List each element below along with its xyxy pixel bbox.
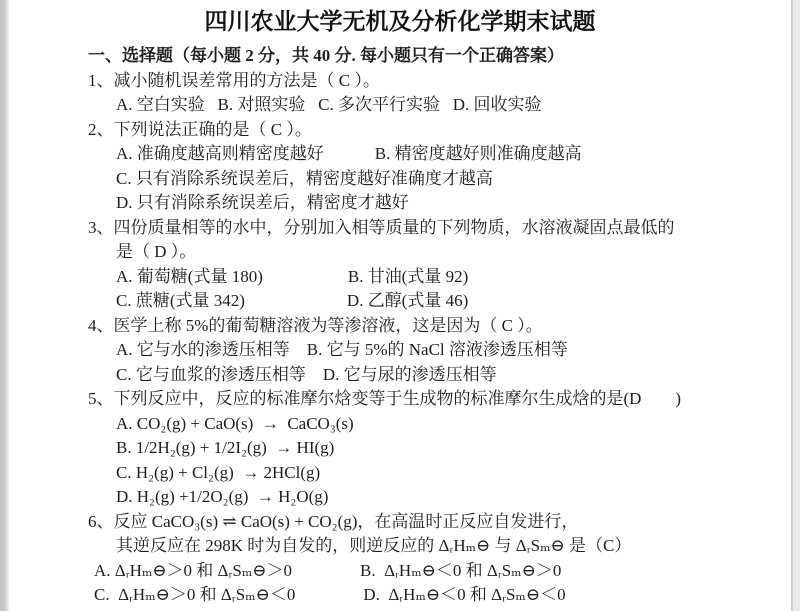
question-line: 6、反应 CaCO₃(s) ⇌ CaO(s) + CO₂(g)，在高温时正反应自… (0, 510, 788, 535)
option-line: C. 只有消除系统误差后，精密度越好准确度才越高 (0, 167, 788, 192)
exam-body: 一、选择题（每小题 2 分，共 40 分. 每小题只有一个正确答案）1、减小随机… (0, 44, 788, 608)
question-line: 5、下列反应中，反应的标准摩尔焓变等于生成物的标准摩尔生成焓的是(D ) (0, 387, 788, 412)
exam-title: 四川农业大学无机及分析化学期末试题 (0, 3, 800, 36)
option-line: A. 它与水的渗透压相等 B. 它与 5%的 NaCl 溶液渗透压相等 (0, 338, 788, 363)
question-line: 3、四份质量相等的水中，分别加入相等质量的下列物质，水溶液凝固点最低的 (0, 216, 788, 241)
option-line: A. CO₂(g) + CaO(s) → CaCO₃(s) (0, 412, 788, 437)
option-line: 是（ D ）。 (0, 240, 788, 265)
option-line: C. 它与血浆的渗透压相等 D. 它与尿的渗透压相等 (0, 363, 788, 388)
option-line: C. 蔗糖(式量 342) D. 乙醇(式量 46) (0, 289, 788, 314)
section-heading: 一、选择题（每小题 2 分，共 40 分. 每小题只有一个正确答案） (0, 44, 788, 69)
page-right-edge (791, 0, 800, 611)
option-line: B. 1/2H₂(g) + 1/2I₂(g) → HI(g) (0, 436, 788, 461)
question-line: 4、医学上称 5%的葡萄糖溶液为等渗溶液，这是因为（ C ）。 (0, 314, 788, 339)
option-line: A. 葡萄糖(式量 180) B. 甘油(式量 92) (0, 265, 788, 290)
option-line: A. 准确度越高则精密度越好 B. 精密度越好则准确度越高 (0, 142, 788, 167)
question-line: 2、下列说法正确的是（ C ）。 (0, 118, 788, 143)
option-line: 其逆反应在 298K 时为自发的，则逆反应的 ΔᵣHₘ⊖ 与 ΔᵣSₘ⊖ 是（C… (0, 534, 788, 559)
exam-page: 四川农业大学无机及分析化学期末试题 一、选择题（每小题 2 分，共 40 分. … (0, 0, 800, 611)
option-line: D. H₂(g) +1/2O₂(g) → H₂O(g) (0, 485, 788, 510)
option-line: D. 只有消除系统误差后，精密度才越好 (0, 191, 788, 216)
question-line: 1、减小随机误差常用的方法是（ C ）。 (0, 69, 788, 94)
option-line: C. ΔᵣHₘ⊖＞0 和 ΔᵣSₘ⊖＜0 D. ΔᵣHₘ⊖＜0 和 ΔᵣSₘ⊖＜… (0, 583, 788, 608)
option-line: A. 空白实验 B. 对照实验 C. 多次平行实验 D. 回收实验 (0, 93, 788, 118)
option-line: A. ΔᵣHₘ⊖＞0 和 ΔᵣSₘ⊖＞0 B. ΔᵣHₘ⊖＜0 和 ΔᵣSₘ⊖＞… (0, 559, 788, 584)
option-line: C. H₂(g) + Cl₂(g) → 2HCl(g) (0, 461, 788, 486)
